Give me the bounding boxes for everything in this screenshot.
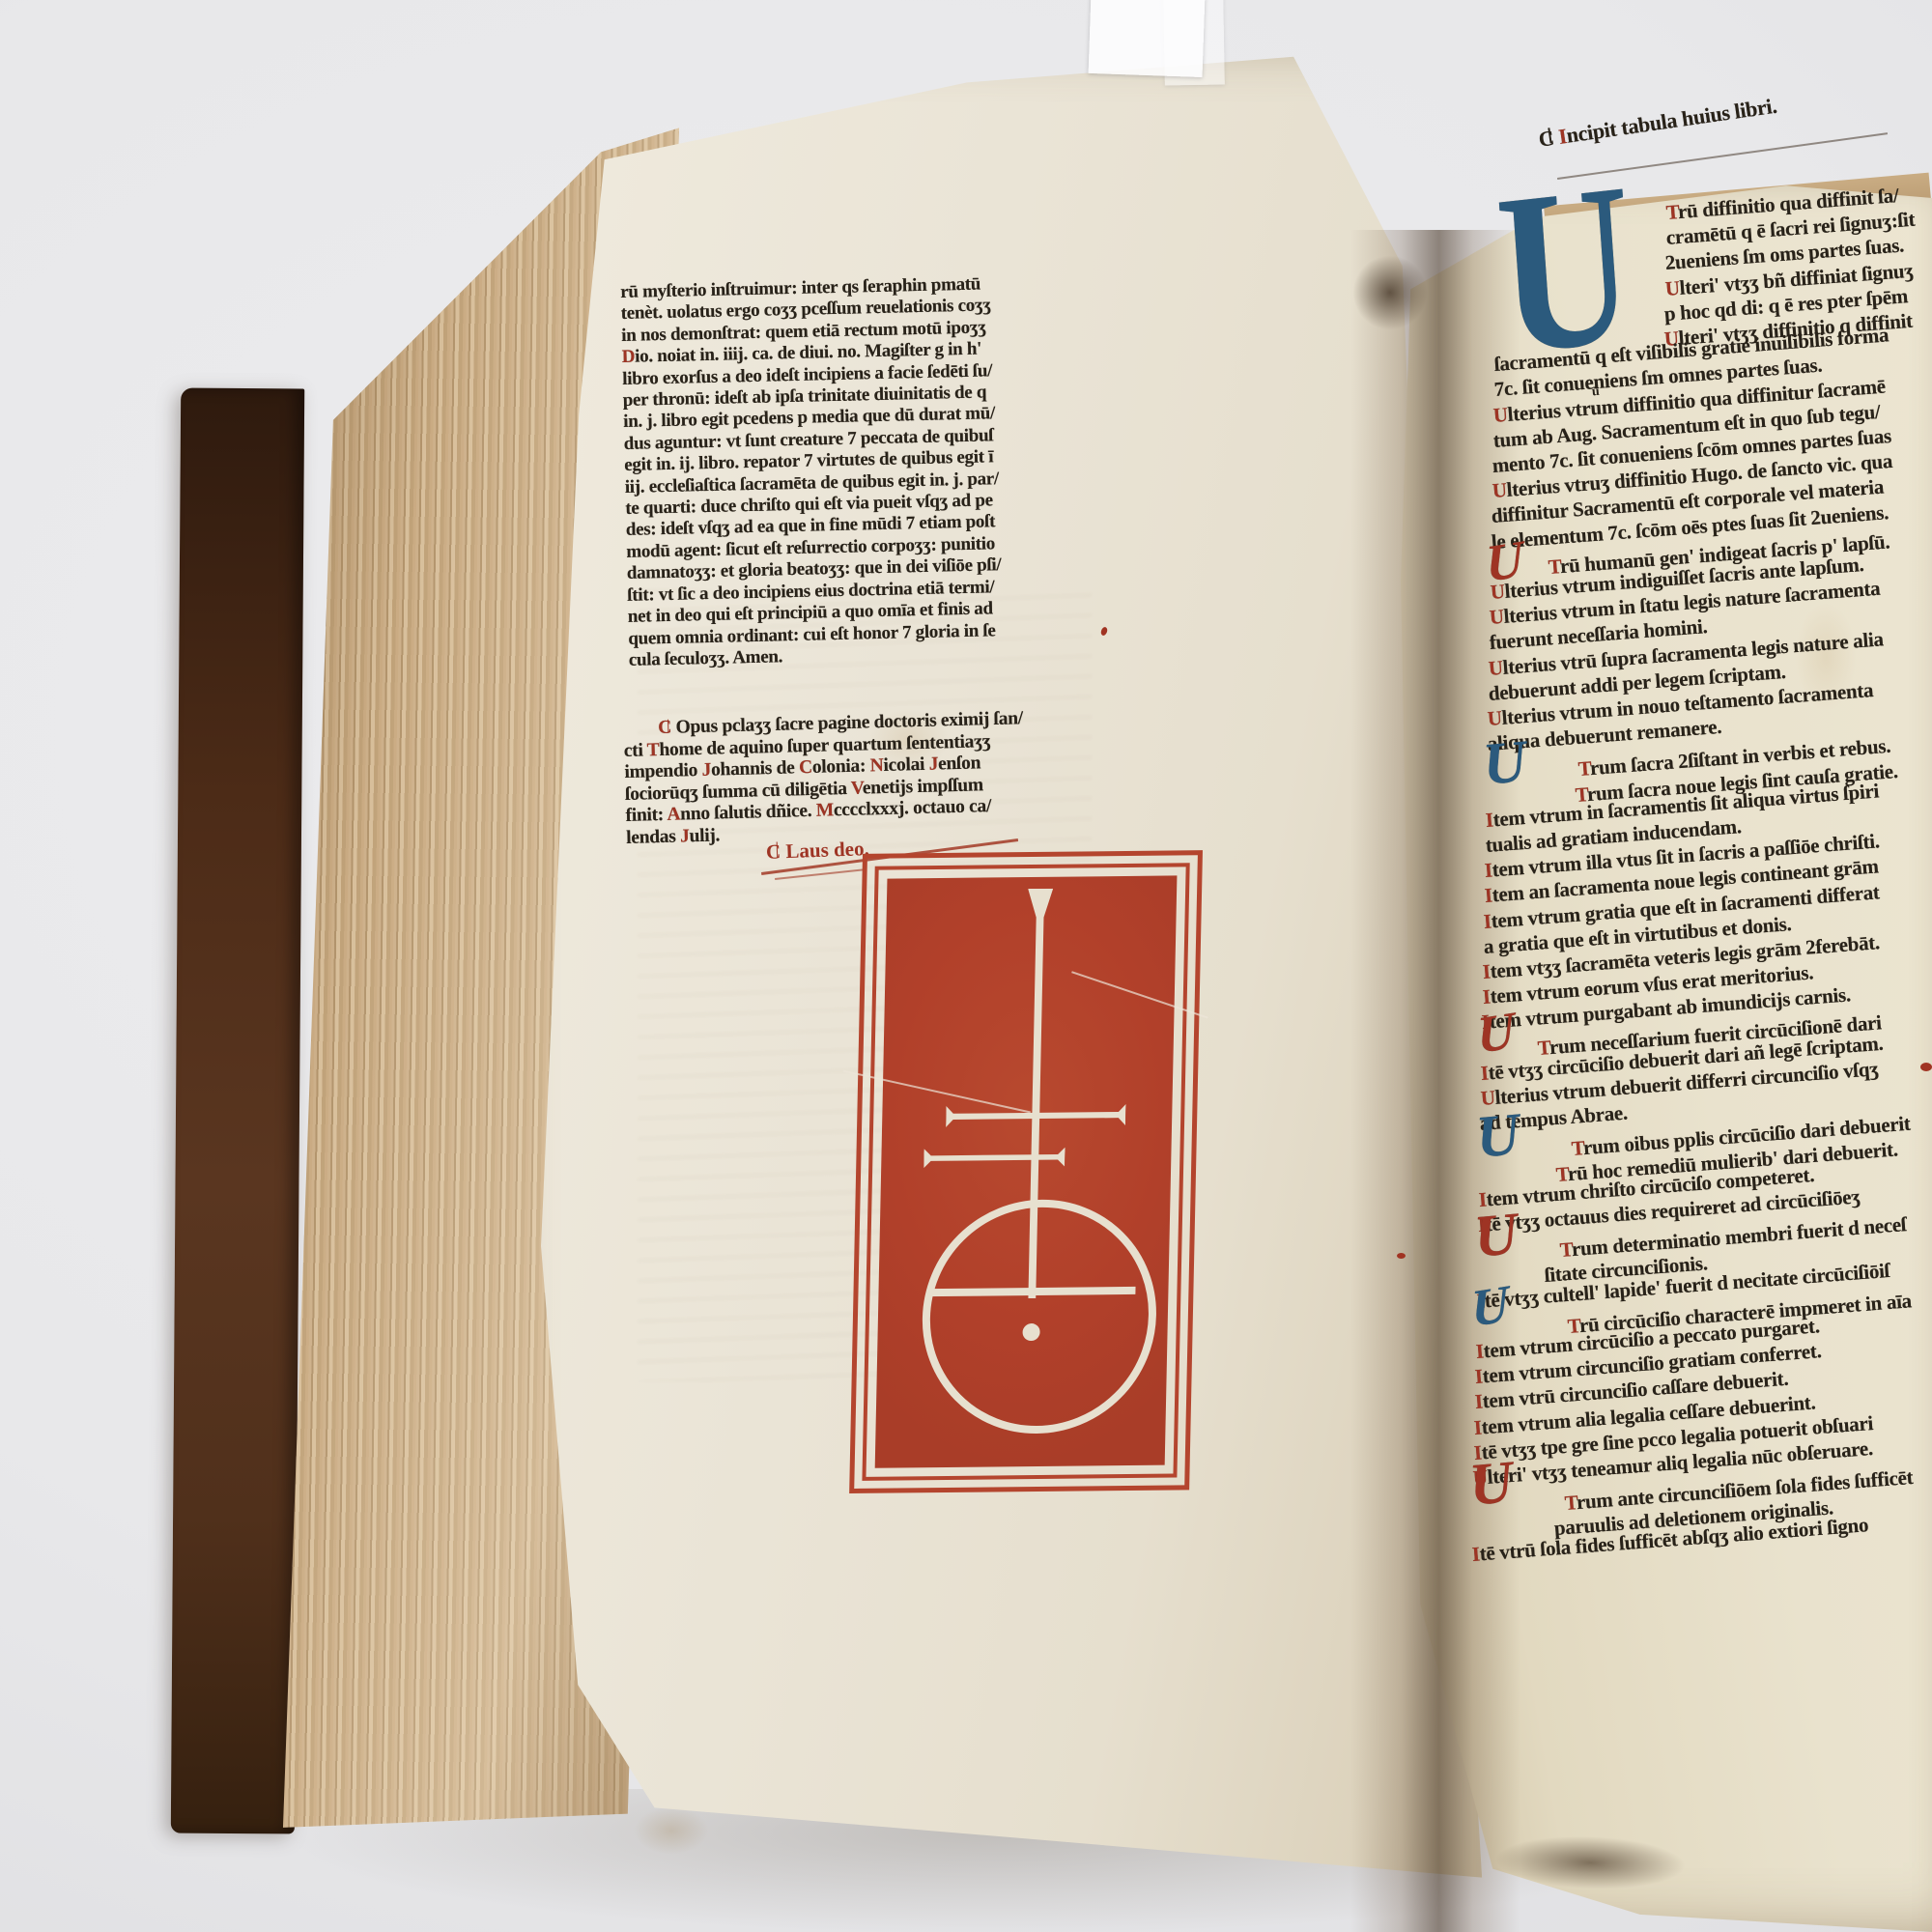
- page-marker-tab: [1089, 0, 1206, 77]
- text-segment: lendas: [626, 826, 680, 847]
- lombard-initial-U: U: [1474, 1108, 1521, 1165]
- text-segment: D: [622, 347, 636, 367]
- text-segment: C: [799, 757, 812, 778]
- text-segment: V: [851, 778, 864, 798]
- ink-speck: [1920, 1063, 1932, 1071]
- rubricated-letter: U: [1489, 605, 1505, 629]
- colophon-block: C Opus pclaʒʒ ſacre pagine doctoris exim…: [623, 705, 1128, 849]
- text-segment: cti: [624, 740, 647, 761]
- guide-letter: ū: [1591, 384, 1600, 401]
- ink-speck: [1397, 1253, 1406, 1259]
- device-orb-circle: [920, 1199, 1158, 1435]
- text-segment: J: [928, 753, 938, 774]
- lombard-initial-U: U: [1481, 736, 1528, 793]
- text-segment: cccclxxxj. octauo ca/: [834, 796, 992, 820]
- device-red-field: [875, 875, 1178, 1467]
- gutter-shadow-top: [1337, 240, 1443, 346]
- text-segment: ulij.: [689, 825, 720, 846]
- text-segment: impendio: [624, 760, 702, 782]
- device-crossbar-lower: [923, 1148, 1065, 1169]
- rubricated-letter: U: [1663, 276, 1680, 300]
- leather-binding-board: [171, 388, 304, 1834]
- lombard-initial-U: U: [1493, 173, 1638, 366]
- lombard-initial-U: U: [1485, 535, 1524, 588]
- text-segment: olonia:: [812, 755, 870, 778]
- foxing-stain: [618, 1797, 724, 1864]
- photo-of-incunabulum: { "photo": { "background_color": "#e8e8e…: [0, 0, 1932, 1932]
- text-segment: T: [646, 740, 659, 760]
- lombard-initial-U: U: [1472, 1207, 1520, 1264]
- pilcrow-icon: C: [766, 839, 781, 865]
- text-segment: A: [667, 804, 680, 824]
- text-segment: finit:: [625, 805, 667, 826]
- main-text-block: rū myſterio inſtruimur: inter qs ſeraphi…: [620, 271, 1112, 672]
- lombard-initial-U: U: [1476, 1007, 1516, 1060]
- text-segment: ohannis de: [711, 757, 800, 780]
- tabula-text-block: Trū diffinitio qua diffinit ſa/cramētū q…: [1497, 201, 1932, 1631]
- lombard-initial-U: U: [1470, 1280, 1510, 1333]
- pilcrow-icon: C: [658, 718, 671, 740]
- text-segment: icolai: [883, 754, 929, 776]
- printer-device-orb-and-cross: [849, 850, 1203, 1493]
- text-segment: enſon: [938, 753, 981, 774]
- text-segment: M: [816, 800, 835, 820]
- text-segment: N: [869, 755, 883, 776]
- text-segment: enetijs impſſum: [863, 775, 983, 798]
- lombard-initial-U: U: [1467, 1456, 1515, 1513]
- rubricated-letter: U: [1491, 478, 1507, 502]
- text-segment: J: [701, 760, 711, 781]
- text-segment: nno ſalutis dñice.: [680, 801, 816, 825]
